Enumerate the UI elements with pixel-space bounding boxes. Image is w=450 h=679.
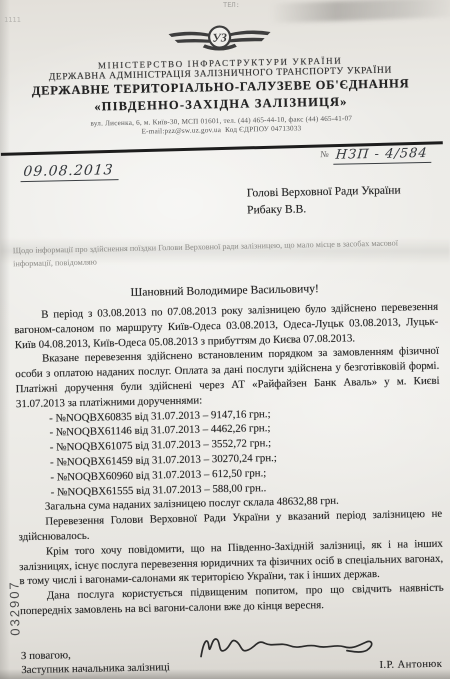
handwritten-date: 09.08.2013 [21,162,121,182]
signature-scrawl [194,625,385,669]
paragraph-payment-order: Вказане перевезення здійснено встановлен… [15,344,440,412]
ref-number-label: № [319,149,328,159]
svg-text:УЗ: УЗ [212,30,227,44]
payment-orders-list: - №NOQBX60835 від 31.07.2013 – 9147,16 г… [49,403,442,500]
letter-body: В період з 03.08.2013 по 07.08.2013 року… [14,300,444,619]
ref-number-value: НЗП - 4/584 [332,146,431,165]
scanned-letter-page: 1111 ТЕЛ: УЗ МІНІСТЕРСТВО ІНФРАСТРУКТУРИ… [0,0,450,679]
letterhead: УЗ МІНІСТЕРСТВО ІНФРАСТРУКТУРИ УКРАЇНИ Д… [0,18,447,139]
registration-stamp-number: 032907 [6,580,22,636]
addressee-line1: Голові Верховної Ради України [247,182,401,202]
signer-name: І.Р. Антонюк [379,659,442,671]
railway-logo-icon: УЗ [165,21,274,57]
closing-block: З повагою, Заступник начальника залізниц… [21,646,170,677]
document-content: УЗ МІНІСТЕРСТВО ІНФРАСТРУКТУРИ УКРАЇНИ Д… [0,0,450,679]
subject-line: Щодо інформації про здійснення поїздки Г… [13,237,439,271]
closing-position: Заступник начальника залізниці [21,660,170,677]
handwritten-ref-number: №НЗП - 4/584 [319,146,432,165]
addressee-block: Голові Верховної Ради України Рибаку В.В… [247,182,402,219]
salutation: Шановний Володимире Васильовичу! [0,279,450,301]
addressee-line2: Рибаку В.В. [247,199,401,219]
